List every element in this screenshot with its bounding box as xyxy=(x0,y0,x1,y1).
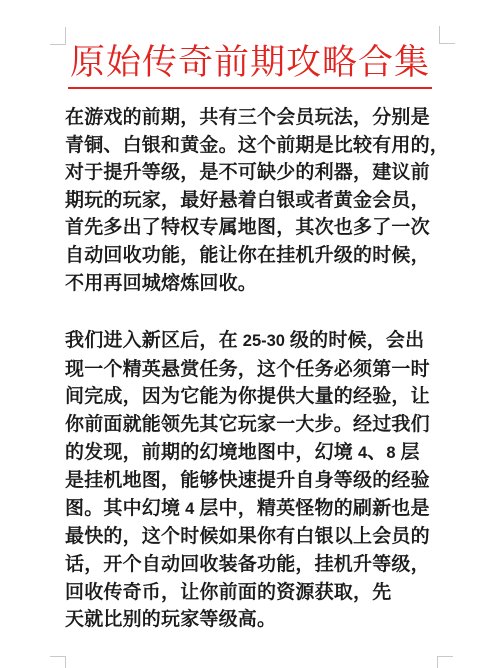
text-line: 在游戏的前期，共有三个会员玩法，分别是 xyxy=(65,104,450,132)
text-run: 层 xyxy=(396,442,420,463)
text-line: 期玩的玩家，最好悬着白银或者黄金会员， xyxy=(65,187,450,215)
text-line: 不用再回城熔炼回收。 xyxy=(65,270,450,298)
text-run: 话，开个自动回收装备功能，挂机升等级， xyxy=(65,554,430,575)
text-line: 自动回收功能，能让你在挂机升级的时候， xyxy=(65,242,450,270)
text-run: 对于提升等级，是不可缺少的利器，建议前 xyxy=(65,162,430,183)
inline-number: 4 xyxy=(185,500,194,518)
text-run: 间完成，因为它能为你提供大量的经验，让 xyxy=(65,386,430,407)
page-title-text: 原始传奇前期攻略合集 xyxy=(68,40,432,89)
text-line: 间完成，因为它能为你提供大量的经验，让 xyxy=(65,383,450,411)
text-line: 图。其中幻境 4 层中，精英怪物的刷新也是 xyxy=(65,495,450,524)
text-line: 青铜、白银和黄金。这个前期是比较有用的， xyxy=(65,132,450,160)
text-line: 回收传奇币，让你前面的资源获取，先 xyxy=(65,579,450,607)
crop-mark-bottom-left xyxy=(50,656,66,668)
text-line: 天就比别的玩家等级高。 xyxy=(65,606,450,634)
text-line: 是挂机地图，能够快速提升自身等级的经验 xyxy=(65,467,450,495)
text-run: 青铜、白银和黄金。这个前期是比较有用的， xyxy=(65,135,449,156)
text-run: 级的时候，会出 xyxy=(285,330,424,351)
text-run: 的发现，前期的幻境地图中，幻境 xyxy=(65,442,358,463)
text-line: 最快的，这个时候如果你有白银以上会员的 xyxy=(65,523,450,551)
text-run: 现一个精英悬赏任务，这个任务必须第一时 xyxy=(65,359,430,380)
document-body: 在游戏的前期，共有三个会员玩法，分别是青铜、白银和黄金。这个前期是比较有用的，对… xyxy=(65,104,450,634)
page-title: 原始传奇前期攻略合集 xyxy=(0,40,500,89)
text-run: 层中，精英怪物的刷新也是 xyxy=(194,498,429,519)
text-line: 我们进入新区后，在 25-30 级的时候，会出 xyxy=(65,327,450,356)
text-line: 的发现，前期的幻境地图中，幻境 4、8 层 xyxy=(65,439,450,468)
inline-number: 8 xyxy=(386,444,395,462)
text-line: 对于提升等级，是不可缺少的利器，建议前 xyxy=(65,159,450,187)
text-line: 首先多出了特权专属地图，其次也多了一次 xyxy=(65,214,450,242)
text-run: 我们进入新区后，在 xyxy=(65,330,243,351)
inline-number: 25-30 xyxy=(243,332,285,350)
paragraph-membership-intro: 在游戏的前期，共有三个会员玩法，分别是青铜、白银和黄金。这个前期是比较有用的，对… xyxy=(65,104,450,297)
text-run: 是挂机地图，能够快速提升自身等级的经验 xyxy=(65,470,430,491)
text-run: 、 xyxy=(367,442,386,463)
text-run: 回收传奇币，让你前面的资源获取，先 xyxy=(65,582,391,603)
text-run: 最快的，这个时候如果你有白银以上会员的 xyxy=(65,526,430,547)
paragraph-leveling-guide: 我们进入新区后，在 25-30 级的时候，会出现一个精英悬赏任务，这个任务必须第… xyxy=(65,327,450,634)
text-line: 你前面就能领先其它玩家一大步。经过我们 xyxy=(65,411,450,439)
text-run: 自动回收功能，能让你在挂机升级的时候， xyxy=(65,245,430,266)
text-run: 图。其中幻境 xyxy=(65,498,185,519)
text-run: 期玩的玩家，最好悬着白银或者黄金会员， xyxy=(65,190,430,211)
text-line: 话，开个自动回收装备功能，挂机升等级， xyxy=(65,551,450,579)
text-run: 首先多出了特权专属地图，其次也多了一次 xyxy=(65,217,430,238)
text-run: 你前面就能领先其它玩家一大步。经过我们 xyxy=(65,414,430,435)
crop-mark-bottom-right xyxy=(437,656,453,668)
text-run: 在游戏的前期，共有三个会员玩法，分别是 xyxy=(65,107,430,128)
text-run: 天就比别的玩家等级高。 xyxy=(65,609,276,630)
inline-number: 4 xyxy=(358,444,367,462)
text-line: 现一个精英悬赏任务，这个任务必须第一时 xyxy=(65,356,450,384)
text-run: 不用再回城熔炼回收。 xyxy=(65,273,257,294)
document-page: 原始传奇前期攻略合集 在游戏的前期，共有三个会员玩法，分别是青铜、白银和黄金。这… xyxy=(0,0,500,668)
